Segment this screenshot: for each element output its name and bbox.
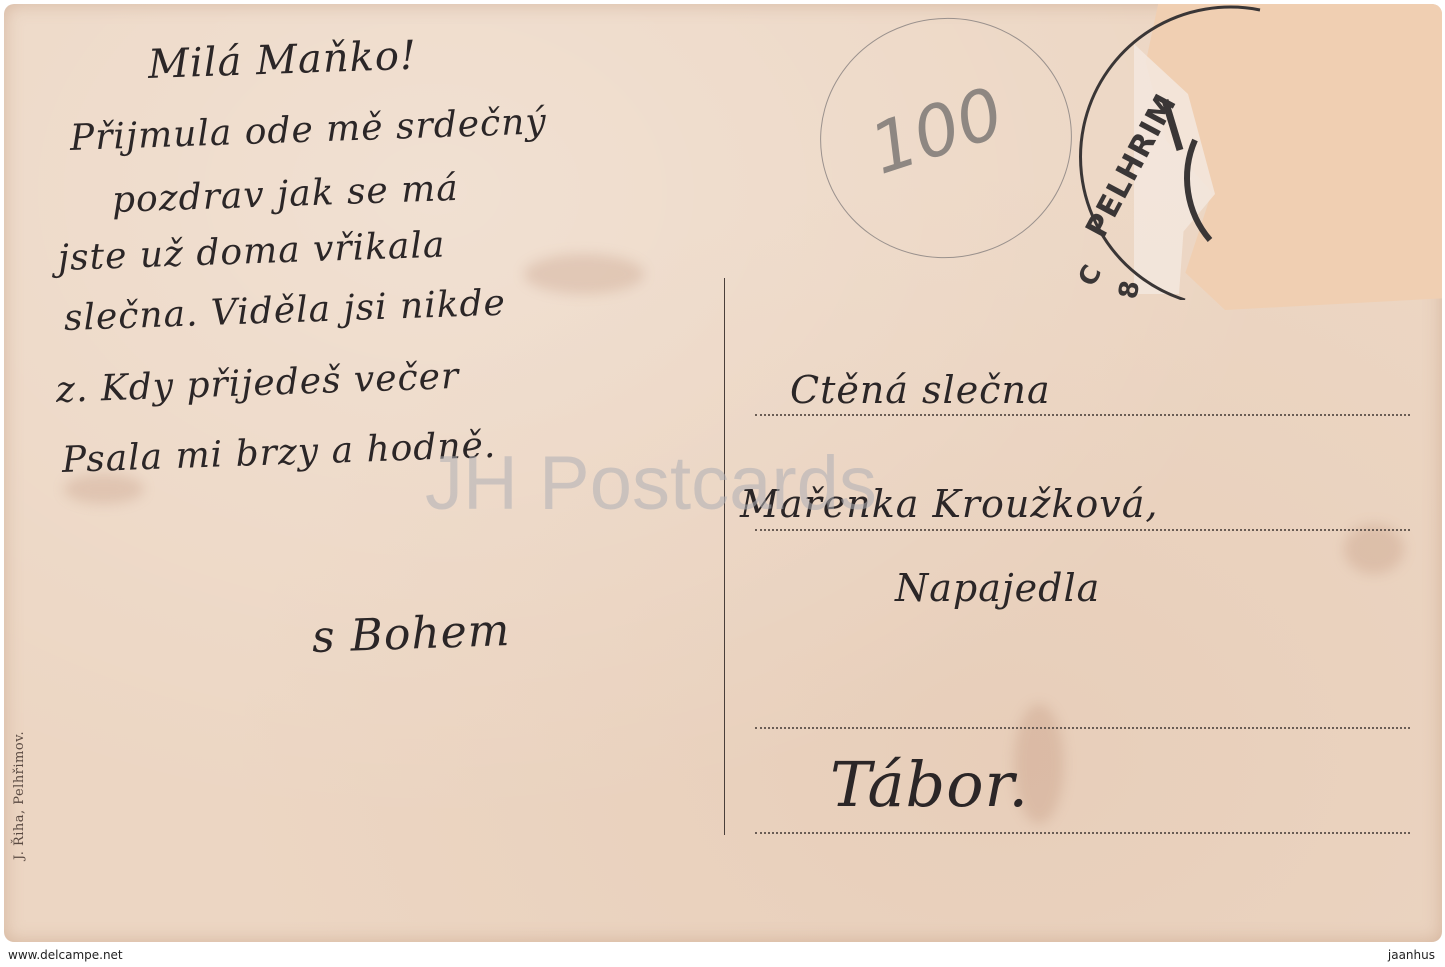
stain [524, 254, 644, 294]
footer-site-link[interactable]: www.delcampe.net [8, 948, 123, 962]
footer-seller-name: jaanhus [1388, 948, 1435, 962]
address-line [755, 414, 1410, 416]
message-greeting: Milá Maňko! [147, 33, 418, 88]
address-salutation: Ctěná slečna [790, 368, 1051, 412]
footer-bar: www.delcampe.net jaanhus [0, 946, 1445, 967]
publisher-imprint: J. Řiha, Pelhřimov. [12, 731, 27, 860]
address-city: Tábor. [830, 748, 1029, 821]
address-line [755, 529, 1410, 531]
address-line [755, 832, 1410, 834]
svg-text:C: C [1073, 260, 1108, 291]
svg-text:58: 58 [1110, 278, 1146, 300]
signature: s Bohem [311, 605, 511, 663]
postmark-icon: PELHRIM C 58 [1045, 0, 1305, 300]
watermark: JH Postcards [425, 440, 877, 527]
postmark-text: PELHRIM [1079, 88, 1184, 244]
address-town: Napajedla [895, 566, 1100, 610]
message-address-divider [724, 278, 725, 835]
address-line [755, 727, 1410, 729]
stain [1344, 524, 1404, 574]
